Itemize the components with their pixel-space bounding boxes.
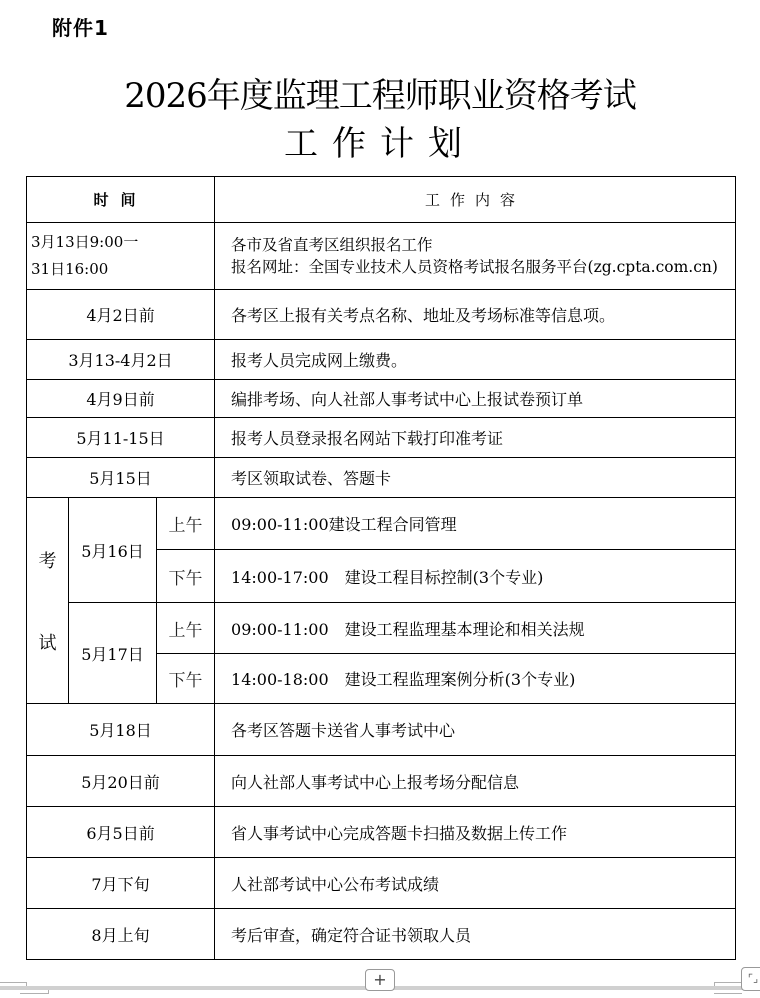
period-cell: 上午 (157, 603, 215, 654)
document-title: 2026年度监理工程师职业资格考试 (0, 68, 760, 117)
period-cell: 下午 (157, 654, 215, 704)
table-row: 5月15日 考区领取试卷、答题卡 (27, 458, 736, 498)
resize-table-icon[interactable]: ⌜⌟ (741, 967, 760, 991)
exam-row: 考 试 5月16日 上午 09:00-11:00建设工程合同管理 (27, 498, 736, 550)
content-cell: 各市及省直考区组织报名工作 报名网址：全国专业技术人员资格考试报名服务平台(zg… (215, 223, 736, 290)
exam-date-cell: 5月17日 (69, 603, 157, 704)
exam-row: 5月17日 上午 09:00-11:00 建设工程监理基本理论和相关法规 (27, 603, 736, 654)
table-row: 5月11-15日 报考人员登录报名网站下载打印准考证 (27, 418, 736, 458)
time-cell: 3月13日9:00一 31日16:00 (27, 223, 215, 290)
content-cell: 各考区答题卡送省人事考试中心 (215, 704, 736, 756)
table-header-row: 时间 工作内容 (27, 177, 736, 223)
exam-label-bottom: 试 (27, 629, 68, 655)
attachment-label: 附件1 (52, 12, 109, 41)
content-cell: 14:00-17:00 建设工程目标控制(3个专业) (215, 550, 736, 603)
exam-date-cell: 5月16日 (69, 498, 157, 603)
table-row: 4月9日前 编排考场、向人社部人事考试中心上报试卷预订单 (27, 380, 736, 418)
time-cell: 7月下旬 (27, 858, 215, 909)
header-content: 工作内容 (215, 177, 736, 223)
exam-label-top: 考 (27, 547, 68, 573)
table-row: 3月13日9:00一 31日16:00 各市及省直考区组织报名工作 报名网址：全… (27, 223, 736, 290)
content-line-1: 各市及省直考区组织报名工作 (231, 234, 735, 256)
content-cell: 向人社部人事考试中心上报考场分配信息 (215, 756, 736, 807)
document-subtitle: 工作计划 (0, 116, 760, 165)
content-cell: 人社部考试中心公布考试成绩 (215, 858, 736, 909)
time-cell: 3月13-4月2日 (27, 340, 215, 380)
exam-label-cell: 考 试 (27, 498, 69, 704)
table-row: 5月18日 各考区答题卡送省人事考试中心 (27, 704, 736, 756)
time-cell: 5月20日前 (27, 756, 215, 807)
time-cell: 5月18日 (27, 704, 215, 756)
period-cell: 上午 (157, 498, 215, 550)
table-row: 4月2日前 各考区上报有关考点名称、地址及考场标准等信息项。 (27, 290, 736, 340)
content-cell: 报考人员登录报名网站下载打印准考证 (215, 418, 736, 458)
time-cell: 5月11-15日 (27, 418, 215, 458)
time-cell: 5月15日 (27, 458, 215, 498)
table-row: 3月13-4月2日 报考人员完成网上缴费。 (27, 340, 736, 380)
content-line-2: 报名网址：全国专业技术人员资格考试报名服务平台(zg.cpta.com.cn) (231, 256, 735, 278)
work-plan-table: 时间 工作内容 3月13日9:00一 31日16:00 各市及省直考区组织报名工… (26, 176, 736, 960)
content-cell: 14:00-18:00 建设工程监理案例分析(3个专业) (215, 654, 736, 704)
time-line-2: 31日16:00 (31, 256, 214, 283)
time-cell: 4月9日前 (27, 380, 215, 418)
content-cell: 各考区上报有关考点名称、地址及考场标准等信息项。 (215, 290, 736, 340)
table-row: 5月20日前 向人社部人事考试中心上报考场分配信息 (27, 756, 736, 807)
table-row: 7月下旬 人社部考试中心公布考试成绩 (27, 858, 736, 909)
content-cell: 编排考场、向人社部人事考试中心上报试卷预订单 (215, 380, 736, 418)
content-cell: 09:00-11:00 建设工程监理基本理论和相关法规 (215, 603, 736, 654)
add-row-button[interactable]: + (365, 969, 395, 991)
content-cell: 省人事考试中心完成答题卡扫描及数据上传工作 (215, 807, 736, 858)
content-cell: 考区领取试卷、答题卡 (215, 458, 736, 498)
content-cell: 09:00-11:00建设工程合同管理 (215, 498, 736, 550)
time-cell: 6月5日前 (27, 807, 215, 858)
content-cell: 报考人员完成网上缴费。 (215, 340, 736, 380)
period-cell: 下午 (157, 550, 215, 603)
time-line-1: 3月13日9:00一 (31, 229, 214, 256)
table-row: 8月上旬 考后审查，确定符合证书领取人员 (27, 909, 736, 960)
header-time: 时间 (27, 177, 215, 223)
time-cell: 4月2日前 (27, 290, 215, 340)
time-cell: 8月上旬 (27, 909, 215, 960)
table-row: 6月5日前 省人事考试中心完成答题卡扫描及数据上传工作 (27, 807, 736, 858)
content-cell: 考后审查，确定符合证书领取人员 (215, 909, 736, 960)
